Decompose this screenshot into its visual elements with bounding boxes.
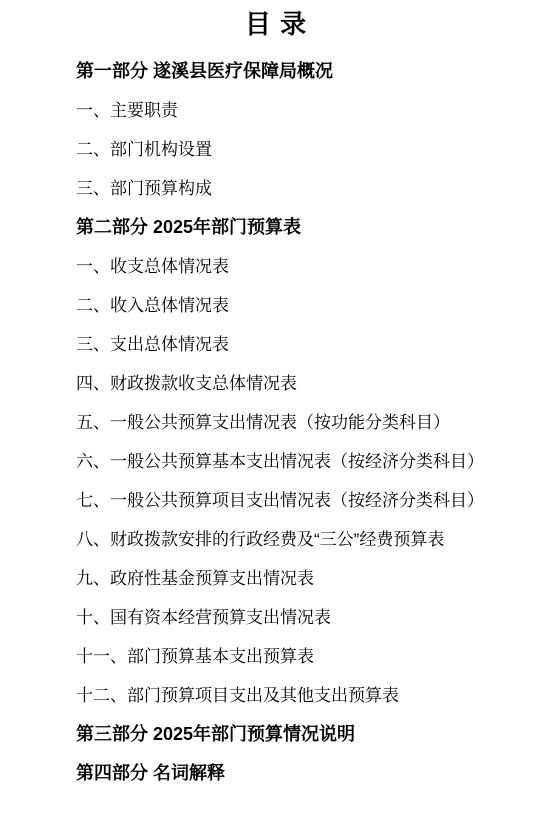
toc-section-part4: 第四部分 名词解释 [76, 754, 552, 793]
toc-item-main-duties: 一、主要职责 [76, 91, 552, 130]
page-title: 目 录 [0, 8, 552, 42]
toc-item-income-overview: 二、收入总体情况表 [76, 286, 552, 325]
toc-item-public-budget-basic-economic: 六、一般公共预算基本支出情况表（按经济分类科目） [76, 442, 552, 481]
toc-item-income-expense-overview: 一、收支总体情况表 [76, 247, 552, 286]
toc-item-public-budget-project-economic: 七、一般公共预算项目支出情况表（按经济分类科目） [76, 481, 552, 520]
toc-item-expense-overview: 三、支出总体情况表 [76, 325, 552, 364]
toc-page: 目 录 第一部分 遂溪县医疗保障局概况 一、主要职责 二、部门机构设置 三、部门… [0, 0, 552, 822]
toc-item-fiscal-allocation-overview: 四、财政拨款收支总体情况表 [76, 364, 552, 403]
toc-list: 第一部分 遂溪县医疗保障局概况 一、主要职责 二、部门机构设置 三、部门预算构成… [76, 52, 552, 793]
toc-section-part3: 第三部分 2025年部门预算情况说明 [76, 715, 552, 754]
toc-item-admin-three-public-funds: 八、财政拨款安排的行政经费及“三公”经费预算表 [76, 520, 552, 559]
toc-item-public-budget-expense-functional: 五、一般公共预算支出情况表（按功能分类科目） [76, 403, 552, 442]
toc-item-dept-project-other-expense-budget: 十二、部门预算项目支出及其他支出预算表 [76, 676, 552, 715]
toc-item-org-setup: 二、部门机构设置 [76, 130, 552, 169]
toc-item-state-capital-budget-expense: 十、国有资本经营预算支出情况表 [76, 598, 552, 637]
toc-item-budget-composition: 三、部门预算构成 [76, 169, 552, 208]
toc-item-dept-basic-expense-budget: 十一、部门预算基本支出预算表 [76, 637, 552, 676]
toc-item-gov-fund-budget-expense: 九、政府性基金预算支出情况表 [76, 559, 552, 598]
toc-section-part2: 第二部分 2025年部门预算表 [76, 208, 552, 247]
toc-section-part1: 第一部分 遂溪县医疗保障局概况 [76, 52, 552, 91]
